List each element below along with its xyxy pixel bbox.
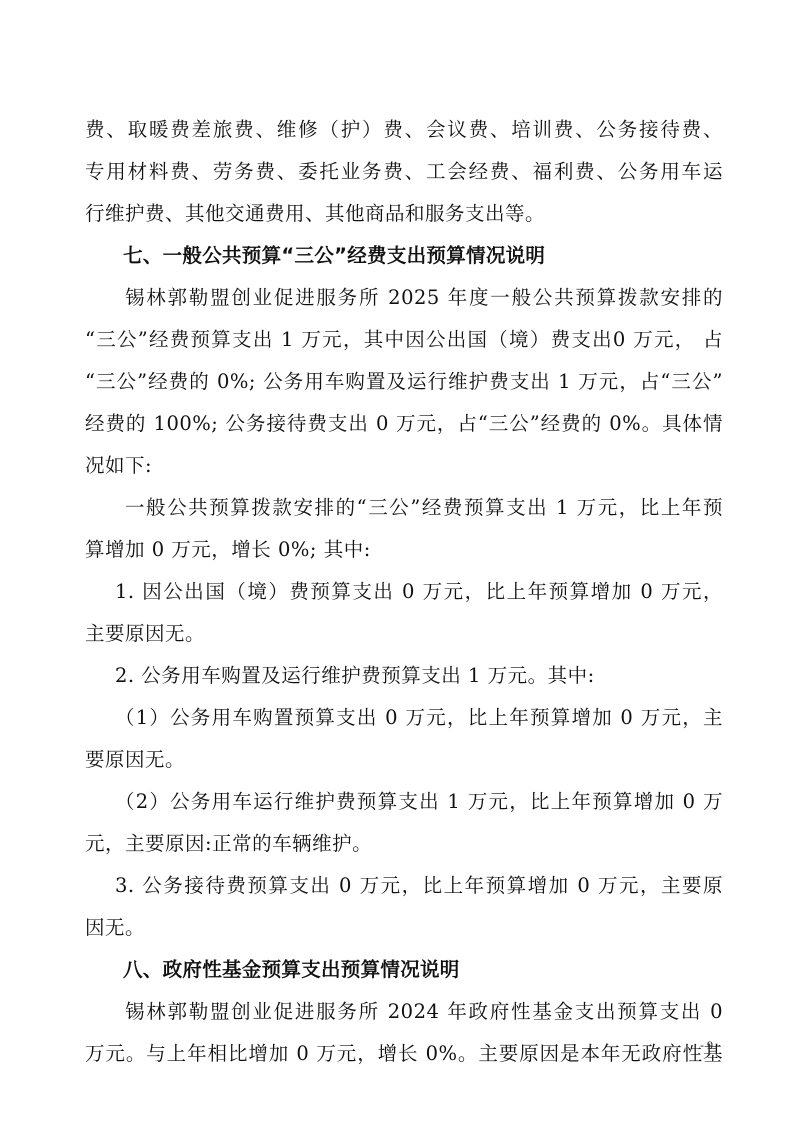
item-2-2-vehicle-maintenance: （2）公务用车运行维护费预算支出 1 万元，比上年预算增加 0 万 元，主要原因… (85, 781, 723, 865)
text-line: 锡林郭勒盟创业促进服务所 2024 年政府性基金支出预算支出 0 (85, 991, 723, 1033)
text-line: 费、取暖费差旅费、维修（护）费、会议费、培训费、公务接待费、 (85, 109, 723, 151)
text-line: 元，主要原因:正常的车辆维护。 (85, 823, 723, 865)
section-7-paragraph-1: 锡林郭勒盟创业促进服务所 2025 年度一般公共预算拨款安排的 “三公”经费预算… (85, 277, 723, 487)
text-line: “三公”经费的 0%; 公务用车购置及运行维护费支出 1 万元，占“三公” (85, 361, 723, 403)
text-line: 行维护费、其他交通费用、其他商品和服务支出等。 (85, 193, 723, 235)
text-line: 因无。 (85, 907, 723, 949)
text-line: 算增加 0 万元，增长 0%; 其中: (85, 529, 723, 571)
page-number: - 9 - (700, 1038, 720, 1053)
document-page: 费、取暖费差旅费、维修（护）费、会议费、培训费、公务接待费、 专用材料费、劳务费… (85, 109, 723, 1075)
text-line: 3. 公务接待费预算支出 0 万元，比上年预算增加 0 万元，主要原 (85, 865, 723, 907)
section-7-heading: 七、一般公共预算“三公”经费支出预算情况说明 (85, 235, 723, 277)
item-2-1-vehicle-purchase: （1）公务用车购置预算支出 0 万元，比上年预算增加 0 万元，主 要原因无。 (85, 697, 723, 781)
text-line: （1）公务用车购置预算支出 0 万元，比上年预算增加 0 万元，主 (85, 697, 723, 739)
item-3-reception: 3. 公务接待费预算支出 0 万元，比上年预算增加 0 万元，主要原 因无。 (85, 865, 723, 949)
item-1-overseas-travel: 1. 因公出国（境）费预算支出 0 万元，比上年预算增加 0 万元， 主要原因无… (85, 571, 723, 655)
section-8-heading: 八、政府性基金预算支出预算情况说明 (85, 949, 723, 991)
text-line: 主要原因无。 (85, 613, 723, 655)
section-8-paragraph-1: 锡林郭勒盟创业促进服务所 2024 年政府性基金支出预算支出 0 万元。与上年相… (85, 991, 723, 1075)
text-line: 一般公共预算拨款安排的“三公”经费预算支出 1 万元，比上年预 (85, 487, 723, 529)
text-line: （2）公务用车运行维护费预算支出 1 万元，比上年预算增加 0 万 (85, 781, 723, 823)
text-line: 专用材料费、劳务费、委托业务费、工会经费、福利费、公务用车运 (85, 151, 723, 193)
text-line: 锡林郭勒盟创业促进服务所 2025 年度一般公共预算拨款安排的 (85, 277, 723, 319)
text-line: “三公”经费预算支出 1 万元，其中因公出国（境）费支出0 万元， 占 (85, 319, 723, 361)
text-line: 万元。与上年相比增加 0 万元，增长 0%。主要原因是本年无政府性基 (85, 1033, 723, 1075)
section-7-paragraph-2: 一般公共预算拨款安排的“三公”经费预算支出 1 万元，比上年预 算增加 0 万元… (85, 487, 723, 571)
text-line: 况如下: (85, 445, 723, 487)
text-line: 要原因无。 (85, 739, 723, 781)
text-line: 1. 因公出国（境）费预算支出 0 万元，比上年预算增加 0 万元， (85, 571, 723, 613)
text-line: 经费的 100%; 公务接待费支出 0 万元，占“三公”经费的 0%。具体情 (85, 403, 723, 445)
text-line: 2. 公务用车购置及运行维护费预算支出 1 万元。其中: (85, 655, 723, 697)
item-2-vehicle: 2. 公务用车购置及运行维护费预算支出 1 万元。其中: (85, 655, 723, 697)
